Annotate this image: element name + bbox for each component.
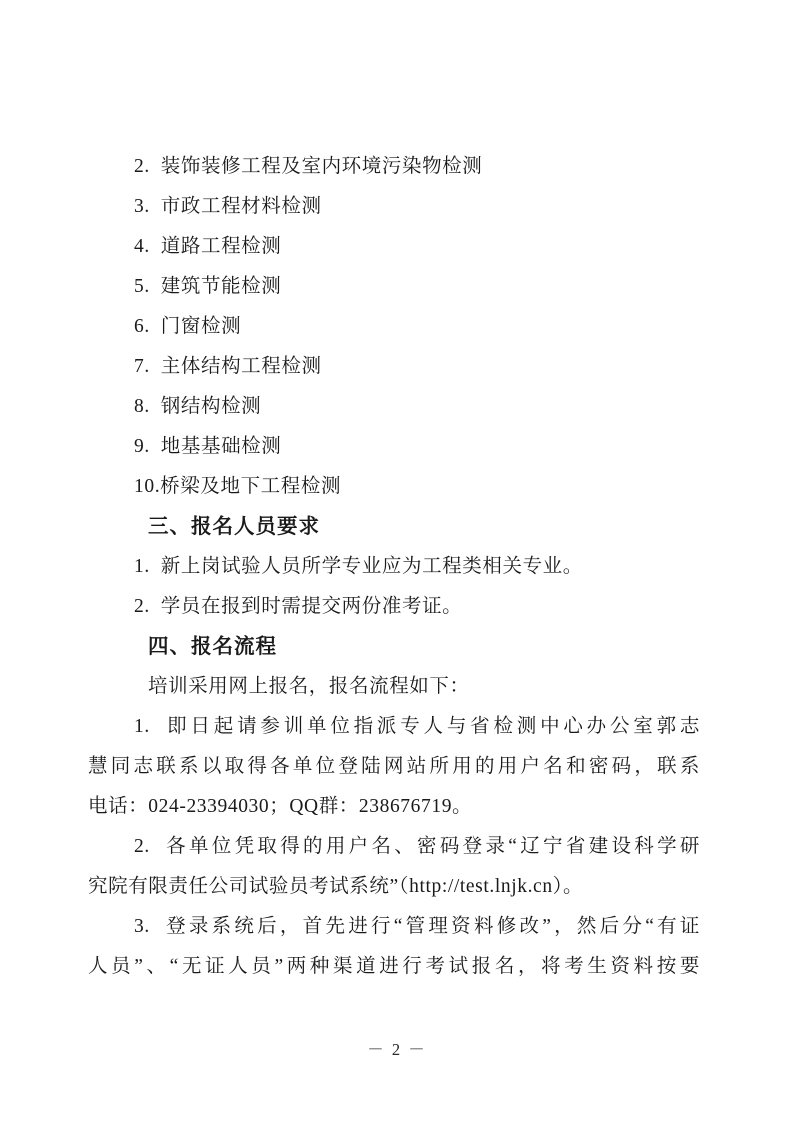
text-line-list: 4. 道路工程检测: [88, 227, 700, 267]
text-line-list: 7. 主体结构工程检测: [88, 347, 700, 387]
text-line-para-end: 究院有限责任公司试验员考试系统”（http://test.lnjk.cn）。: [88, 867, 700, 907]
text-line-intro: 培训采用网上报名，报名流程如下：: [88, 667, 700, 707]
text-line-heading: 三、报名人员要求: [88, 507, 700, 547]
text-line-para-start: 3. 登录系统后，首先进行“管理资料修改”，然后分“有证: [88, 907, 700, 947]
text-line-heading: 四、报名流程: [88, 627, 700, 667]
text-line-para-end: 电话：024-23394030；QQ群：238676719。: [88, 787, 700, 827]
text-line-list: 8. 钢结构检测: [88, 387, 700, 427]
document-body: 2. 装饰装修工程及室内环境污染物检测3. 市政工程材料检测4. 道路工程检测5…: [88, 147, 700, 987]
document-page: 2. 装饰装修工程及室内环境污染物检测3. 市政工程材料检测4. 道路工程检测5…: [0, 0, 794, 1123]
text-line-list: 2. 学员在报到时需提交两份准考证。: [88, 587, 700, 627]
text-line-para-start: 1. 即日起请参训单位指派专人与省检测中心办公室郭志: [88, 707, 700, 747]
text-line-list: 9. 地基基础检测: [88, 427, 700, 467]
text-line-list: 2. 装饰装修工程及室内环境污染物检测: [88, 147, 700, 187]
text-line-list: 5. 建筑节能检测: [88, 267, 700, 307]
text-line-para: 慧同志联系以取得各单位登陆网站所用的用户名和密码，联系: [88, 747, 700, 787]
text-line-para: 人员”、“无证人员”两种渠道进行考试报名，将考生资料按要: [88, 947, 700, 987]
text-line-list: 6. 门窗检测: [88, 307, 700, 347]
text-line-list: 10.桥梁及地下工程检测: [88, 467, 700, 507]
text-line-list: 1. 新上岗试验人员所学专业应为工程类相关专业。: [88, 547, 700, 587]
page-number: － 2 －: [0, 1038, 794, 1062]
text-line-para-start: 2. 各单位凭取得的用户名、密码登录“辽宁省建设科学研: [88, 827, 700, 867]
text-line-list: 3. 市政工程材料检测: [88, 187, 700, 227]
